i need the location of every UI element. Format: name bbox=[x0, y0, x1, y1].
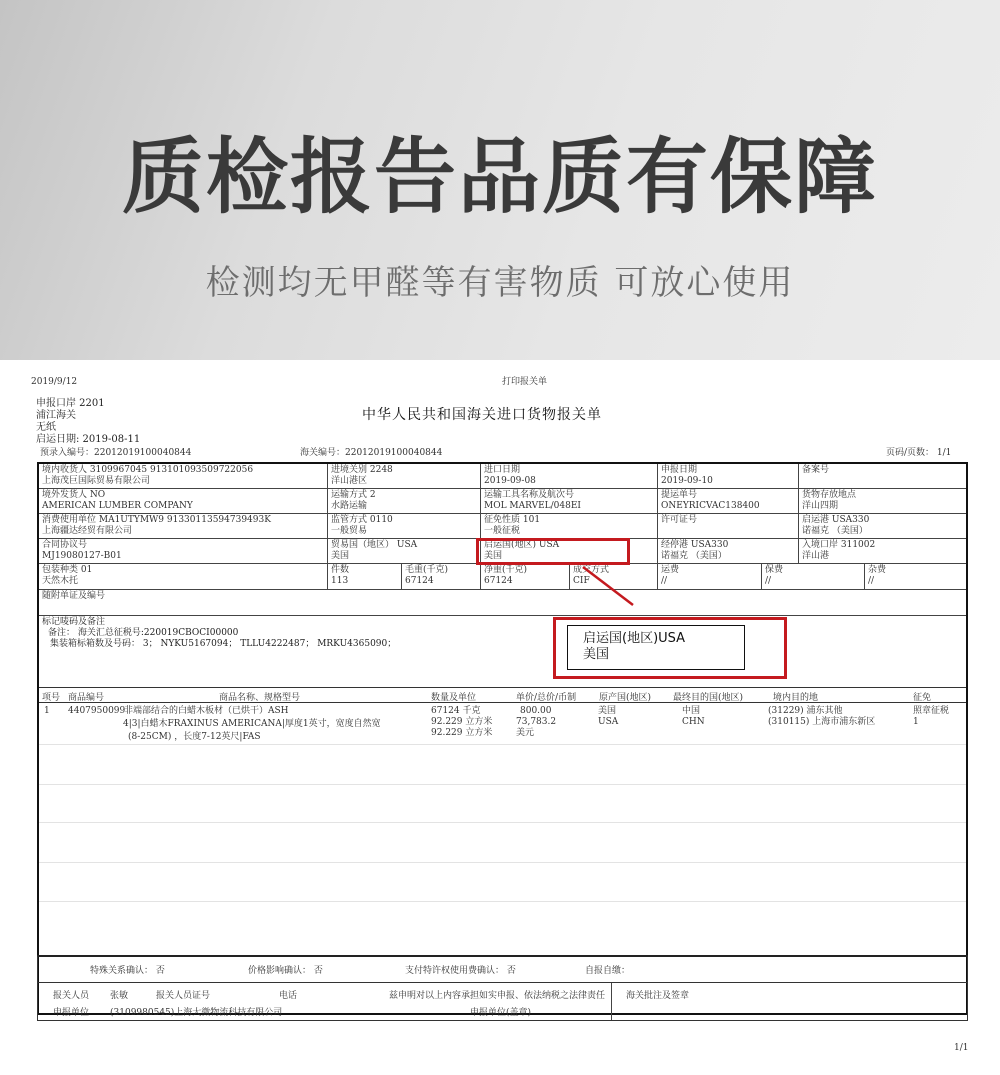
customs-declaration-document: 2019/9/12 打印报关单 申报口岸 2201 浦江海关 无纸 启运日期: … bbox=[0, 360, 1000, 1075]
callout-line-1: 启运国(地区)USA bbox=[583, 631, 744, 647]
banner: 质检报告品质有保障 检测均无甲醛等有害物质 可放心使用 bbox=[0, 0, 1000, 360]
banner-subtitle: 检测均无甲醛等有害物质 可放心使用 bbox=[0, 255, 1000, 304]
arrow-icon bbox=[0, 360, 1000, 1075]
callout-box: 启运国(地区)USA 美国 bbox=[567, 625, 745, 670]
banner-title: 质检报告品质有保障 bbox=[0, 112, 1000, 229]
footer-page-number: 1/1 bbox=[954, 1043, 968, 1053]
callout-line-2: 美国 bbox=[583, 647, 744, 663]
